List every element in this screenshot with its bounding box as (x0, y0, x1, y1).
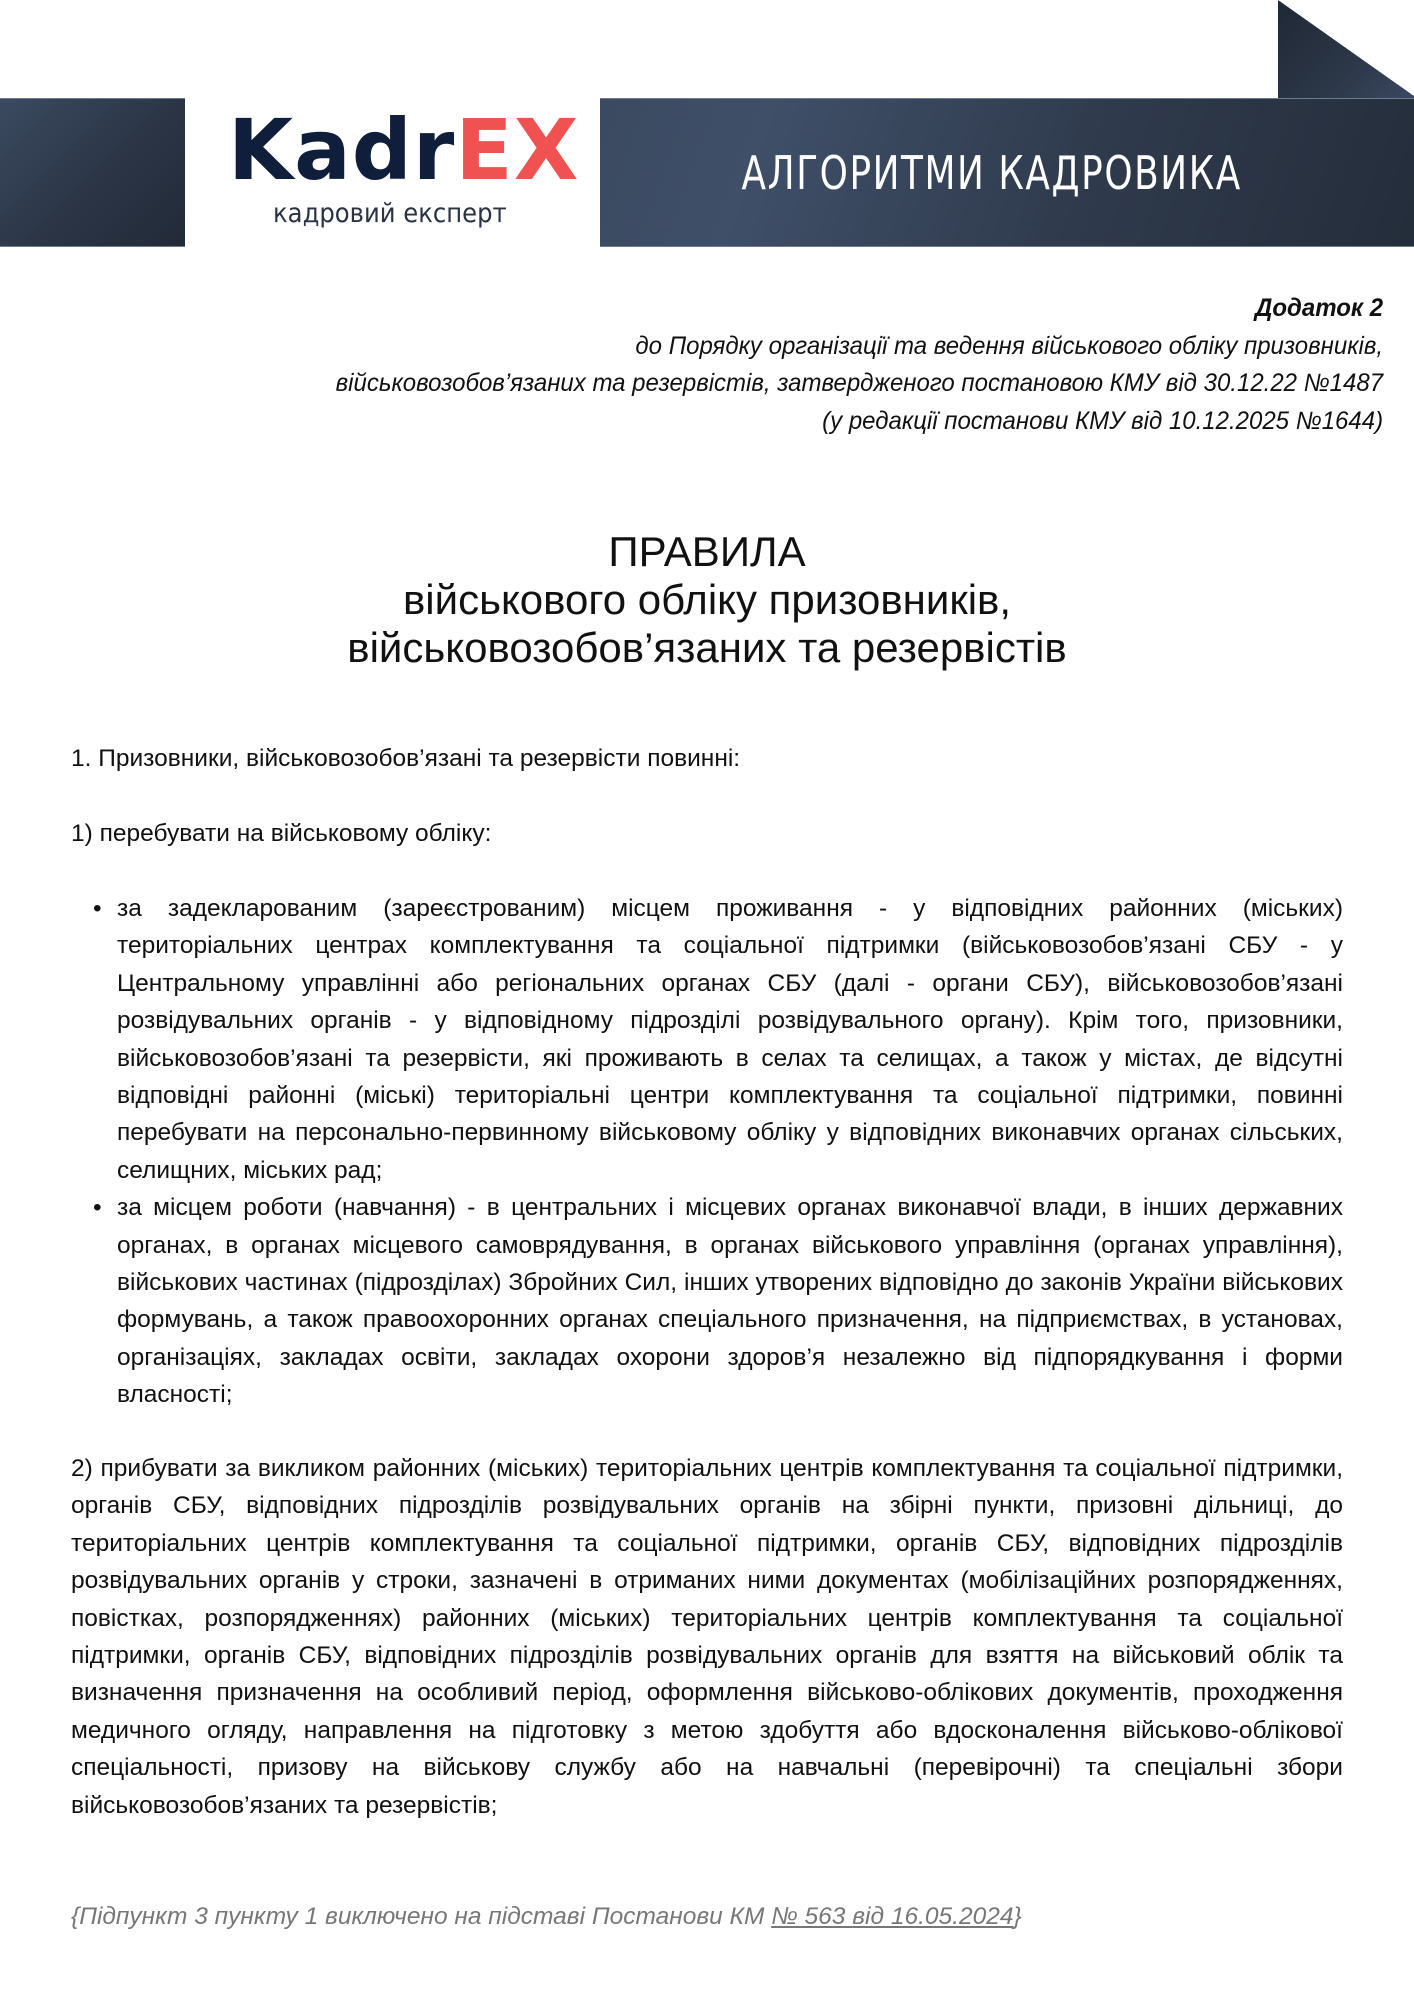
subpoint-2: 2) прибувати за викликом районних (міськ… (71, 1450, 1343, 1824)
excluded-note: {Підпункт 3 пункту 1 виключено на підста… (71, 1898, 1022, 1935)
title-line-2: військового обліку призовників, (0, 576, 1414, 624)
appendix-line: військовозобов’язаних та резервістів, за… (336, 365, 1383, 403)
point-1: 1. Призовники, військовозобов’язані та р… (71, 740, 1343, 777)
note-link-from[interactable]: від (852, 1903, 884, 1930)
appendix-line: (у редакції постанови КМУ від 10.12.2025… (336, 403, 1383, 441)
note-link-date[interactable]: 16.05.2024 (884, 1903, 1013, 1930)
list-item: •за задекларованим (зареєстрованим) місц… (117, 890, 1343, 1189)
header-banner: АЛГОРИТМИ КАДРОВИКА (600, 98, 1414, 247)
bullet-icon: • (93, 890, 102, 927)
logo-subtitle: кадровий експерт (273, 198, 507, 229)
bullet-icon: • (93, 1189, 102, 1226)
note-text: Підпункт 3 пункту 1 виключено на підстав… (79, 1903, 771, 1930)
logo-ex: EX (455, 101, 579, 199)
appendix-line: до Порядку організації та ведення військ… (336, 328, 1383, 366)
bullet-text: за місцем роботи (навчання) - в централь… (117, 1194, 1343, 1408)
logo-wordmark: KadrEX (228, 108, 568, 192)
header-left-block (0, 98, 185, 247)
title-line-3: військовозобов’язаних та резервістів (0, 624, 1414, 672)
bullet-list: •за задекларованим (зареєстрованим) місц… (117, 890, 1343, 1414)
header-corner-fold (1278, 0, 1414, 98)
list-item: • за місцем роботи (навчання) - в центра… (117, 1189, 1343, 1413)
document-title: ПРАВИЛА військового обліку призовників, … (0, 528, 1414, 672)
banner-title: АЛГОРИТМИ КАДРОВИКА (742, 146, 1242, 200)
title-line-1: ПРАВИЛА (0, 528, 1414, 576)
appendix-block: Додаток 2 до Порядку організації та веде… (336, 290, 1383, 440)
logo-kadr: Kadr (228, 101, 455, 199)
bullet-text: за задекларованим (зареєстрованим) місце… (117, 895, 1343, 1184)
note-brace-open: { (71, 1903, 79, 1930)
subpoint-1: 1) перебувати на військовому обліку: (71, 815, 1343, 852)
kadrex-logo[interactable]: KadrEX кадровий експерт (228, 108, 568, 238)
appendix-title: Додаток 2 (336, 290, 1383, 328)
note-link-number[interactable]: № 563 (771, 1903, 852, 1930)
note-brace-close: } (1013, 1903, 1021, 1930)
